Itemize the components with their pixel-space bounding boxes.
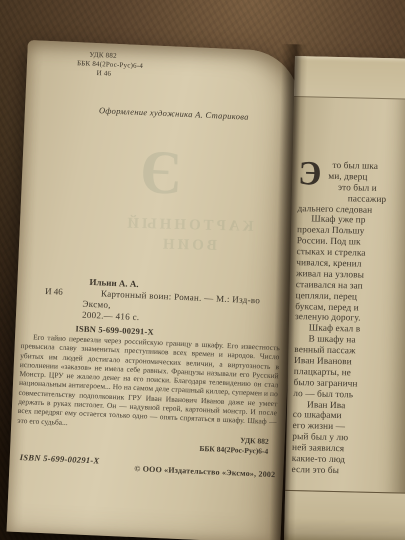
classification-codes-bottom: УДК 882ББК 84(2Рос-Рус)6-4 (199, 434, 269, 456)
catalog-index: И 46 (45, 286, 63, 298)
copyright-line: © ООО «Издательство «Эксмо», 2002 (134, 464, 275, 479)
book-annotation: Его тайно перевезли через российскую гра… (17, 332, 280, 436)
imprint-bottom-row: ISBN 5-699-00291-X © ООО «Издательство «… (19, 452, 275, 479)
isbn-bottom: ISBN 5-699-00291-X (20, 452, 100, 465)
designer-credit: Оформление художника А. Старикова (99, 105, 249, 122)
text-line: если это бы (291, 465, 405, 479)
left-page-imprint: Э КАРТОННЫЙ ВОИН УДК 882ББК 84(2Рос-Рус)… (7, 40, 302, 540)
page-stack-edge-bottom (284, 490, 405, 540)
page-stack-edge-top (294, 56, 405, 100)
show-through-drop-cap: Э (139, 137, 184, 210)
catalog-card: И 46 Ильин А. А. Картонный воин: Роман. … (41, 275, 281, 343)
show-through-title: КАРТОННЫЙ ВОИН (123, 213, 254, 256)
book-photo: Э КАРТОННЫЙ ВОИН УДК 882ББК 84(2Рос-Рус)… (0, 0, 405, 540)
classification-codes-top: УДК 882ББК 84(2Рос-Рус)6-4И 46 (76, 50, 143, 80)
novel-body-text: то был шками, дверцэто был ипассажирдаль… (291, 160, 405, 479)
